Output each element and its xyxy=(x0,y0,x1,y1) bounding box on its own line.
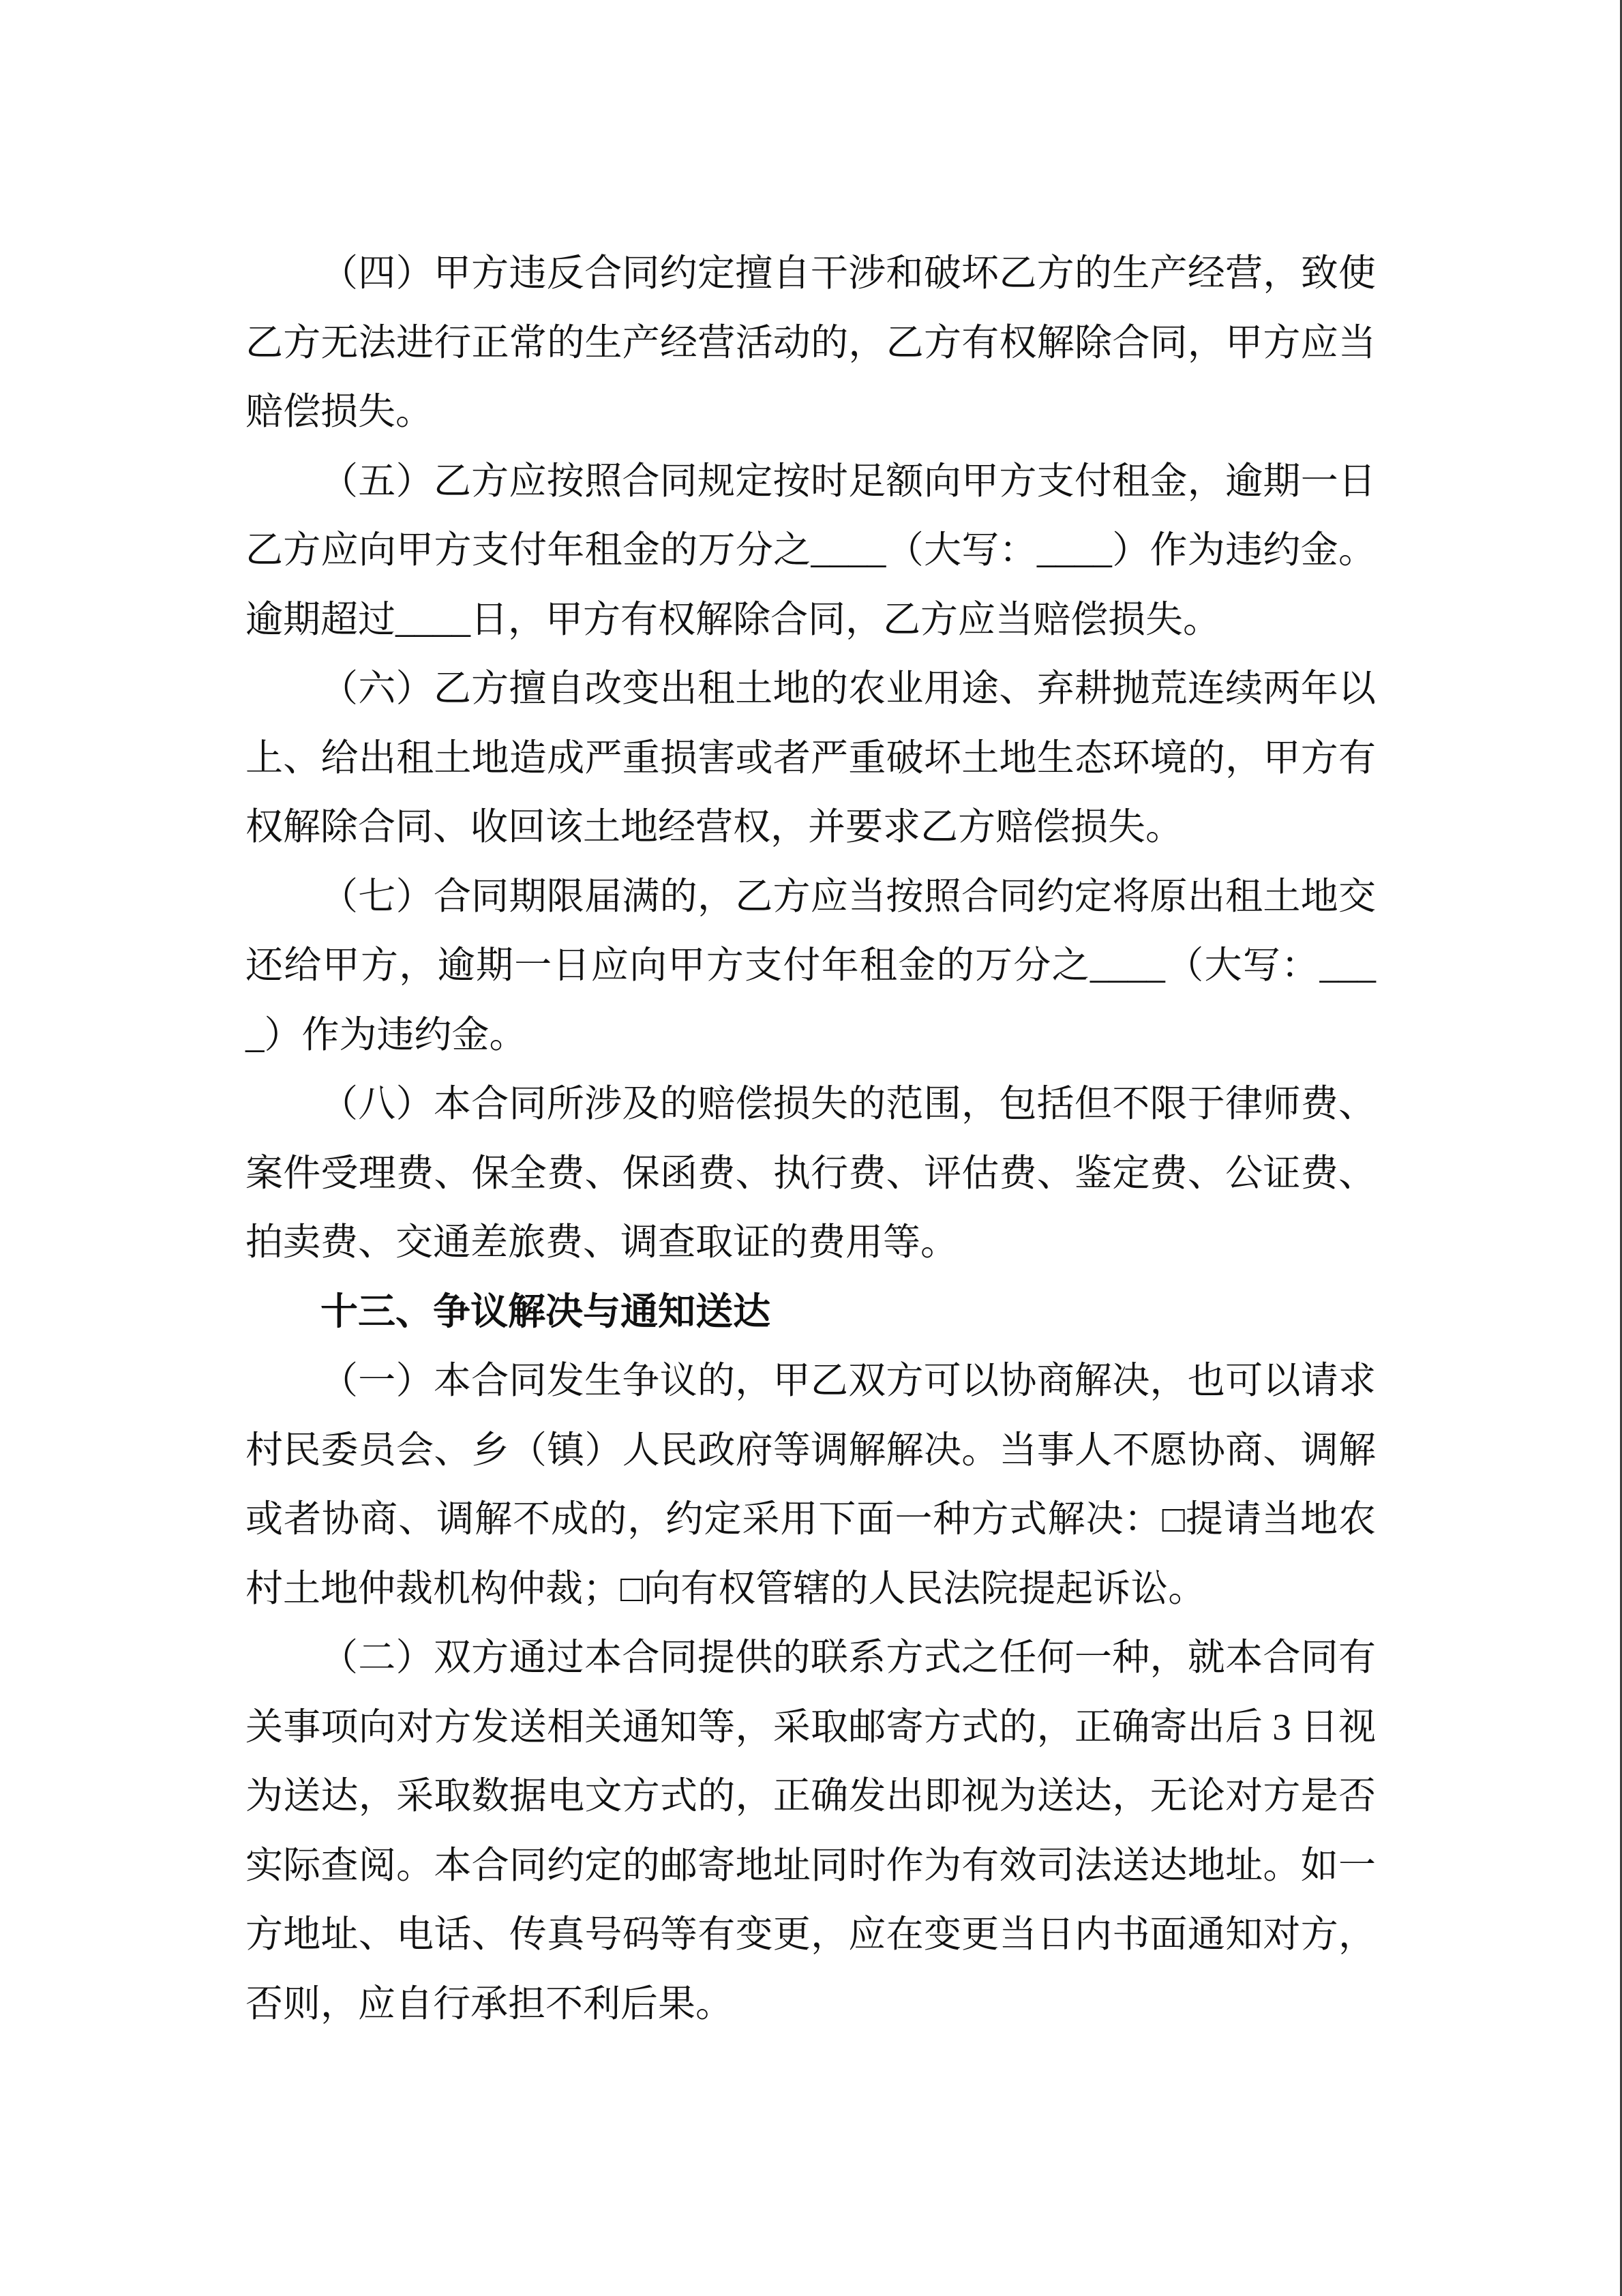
clause-4-paragraph: （四）甲方违反合同约定擅自干涉和破坏乙方的生产经营，致使乙方无法进行正常的生产经… xyxy=(245,239,1376,447)
clause-8-paragraph: （八）本合同所涉及的赔偿损失的范围，包括但不限于律师费、案件受理费、保全费、保函… xyxy=(245,1069,1376,1277)
contract-document-page: （四）甲方违反合同约定擅自干涉和破坏乙方的生产经营，致使乙方无法进行正常的生产经… xyxy=(0,0,1622,2296)
dispute-clause-2-paragraph: （二）双方通过本合同提供的联系方式之任何一种，就本合同有关事项向对方发送相关通知… xyxy=(245,1623,1376,2038)
section-13-heading: 十三、争议解决与通知送达 xyxy=(245,1277,1376,1347)
dispute-clause-1-paragraph: （一）本合同发生争议的，甲乙双方可以协商解决，也可以请求村民委员会、乡（镇）人民… xyxy=(245,1346,1376,1623)
clause-5-paragraph: （五）乙方应按照合同规定按时足额向甲方支付租金，逾期一日乙方应向甲方支付年租金的… xyxy=(245,447,1376,655)
clause-6-paragraph: （六）乙方擅自改变出租土地的农业用途、弃耕抛荒连续两年以上、给出租土地造成严重损… xyxy=(245,654,1376,862)
clause-7-paragraph: （七）合同期限届满的，乙方应当按照合同约定将原出租土地交还给甲方，逾期一日应向甲… xyxy=(245,862,1376,1070)
